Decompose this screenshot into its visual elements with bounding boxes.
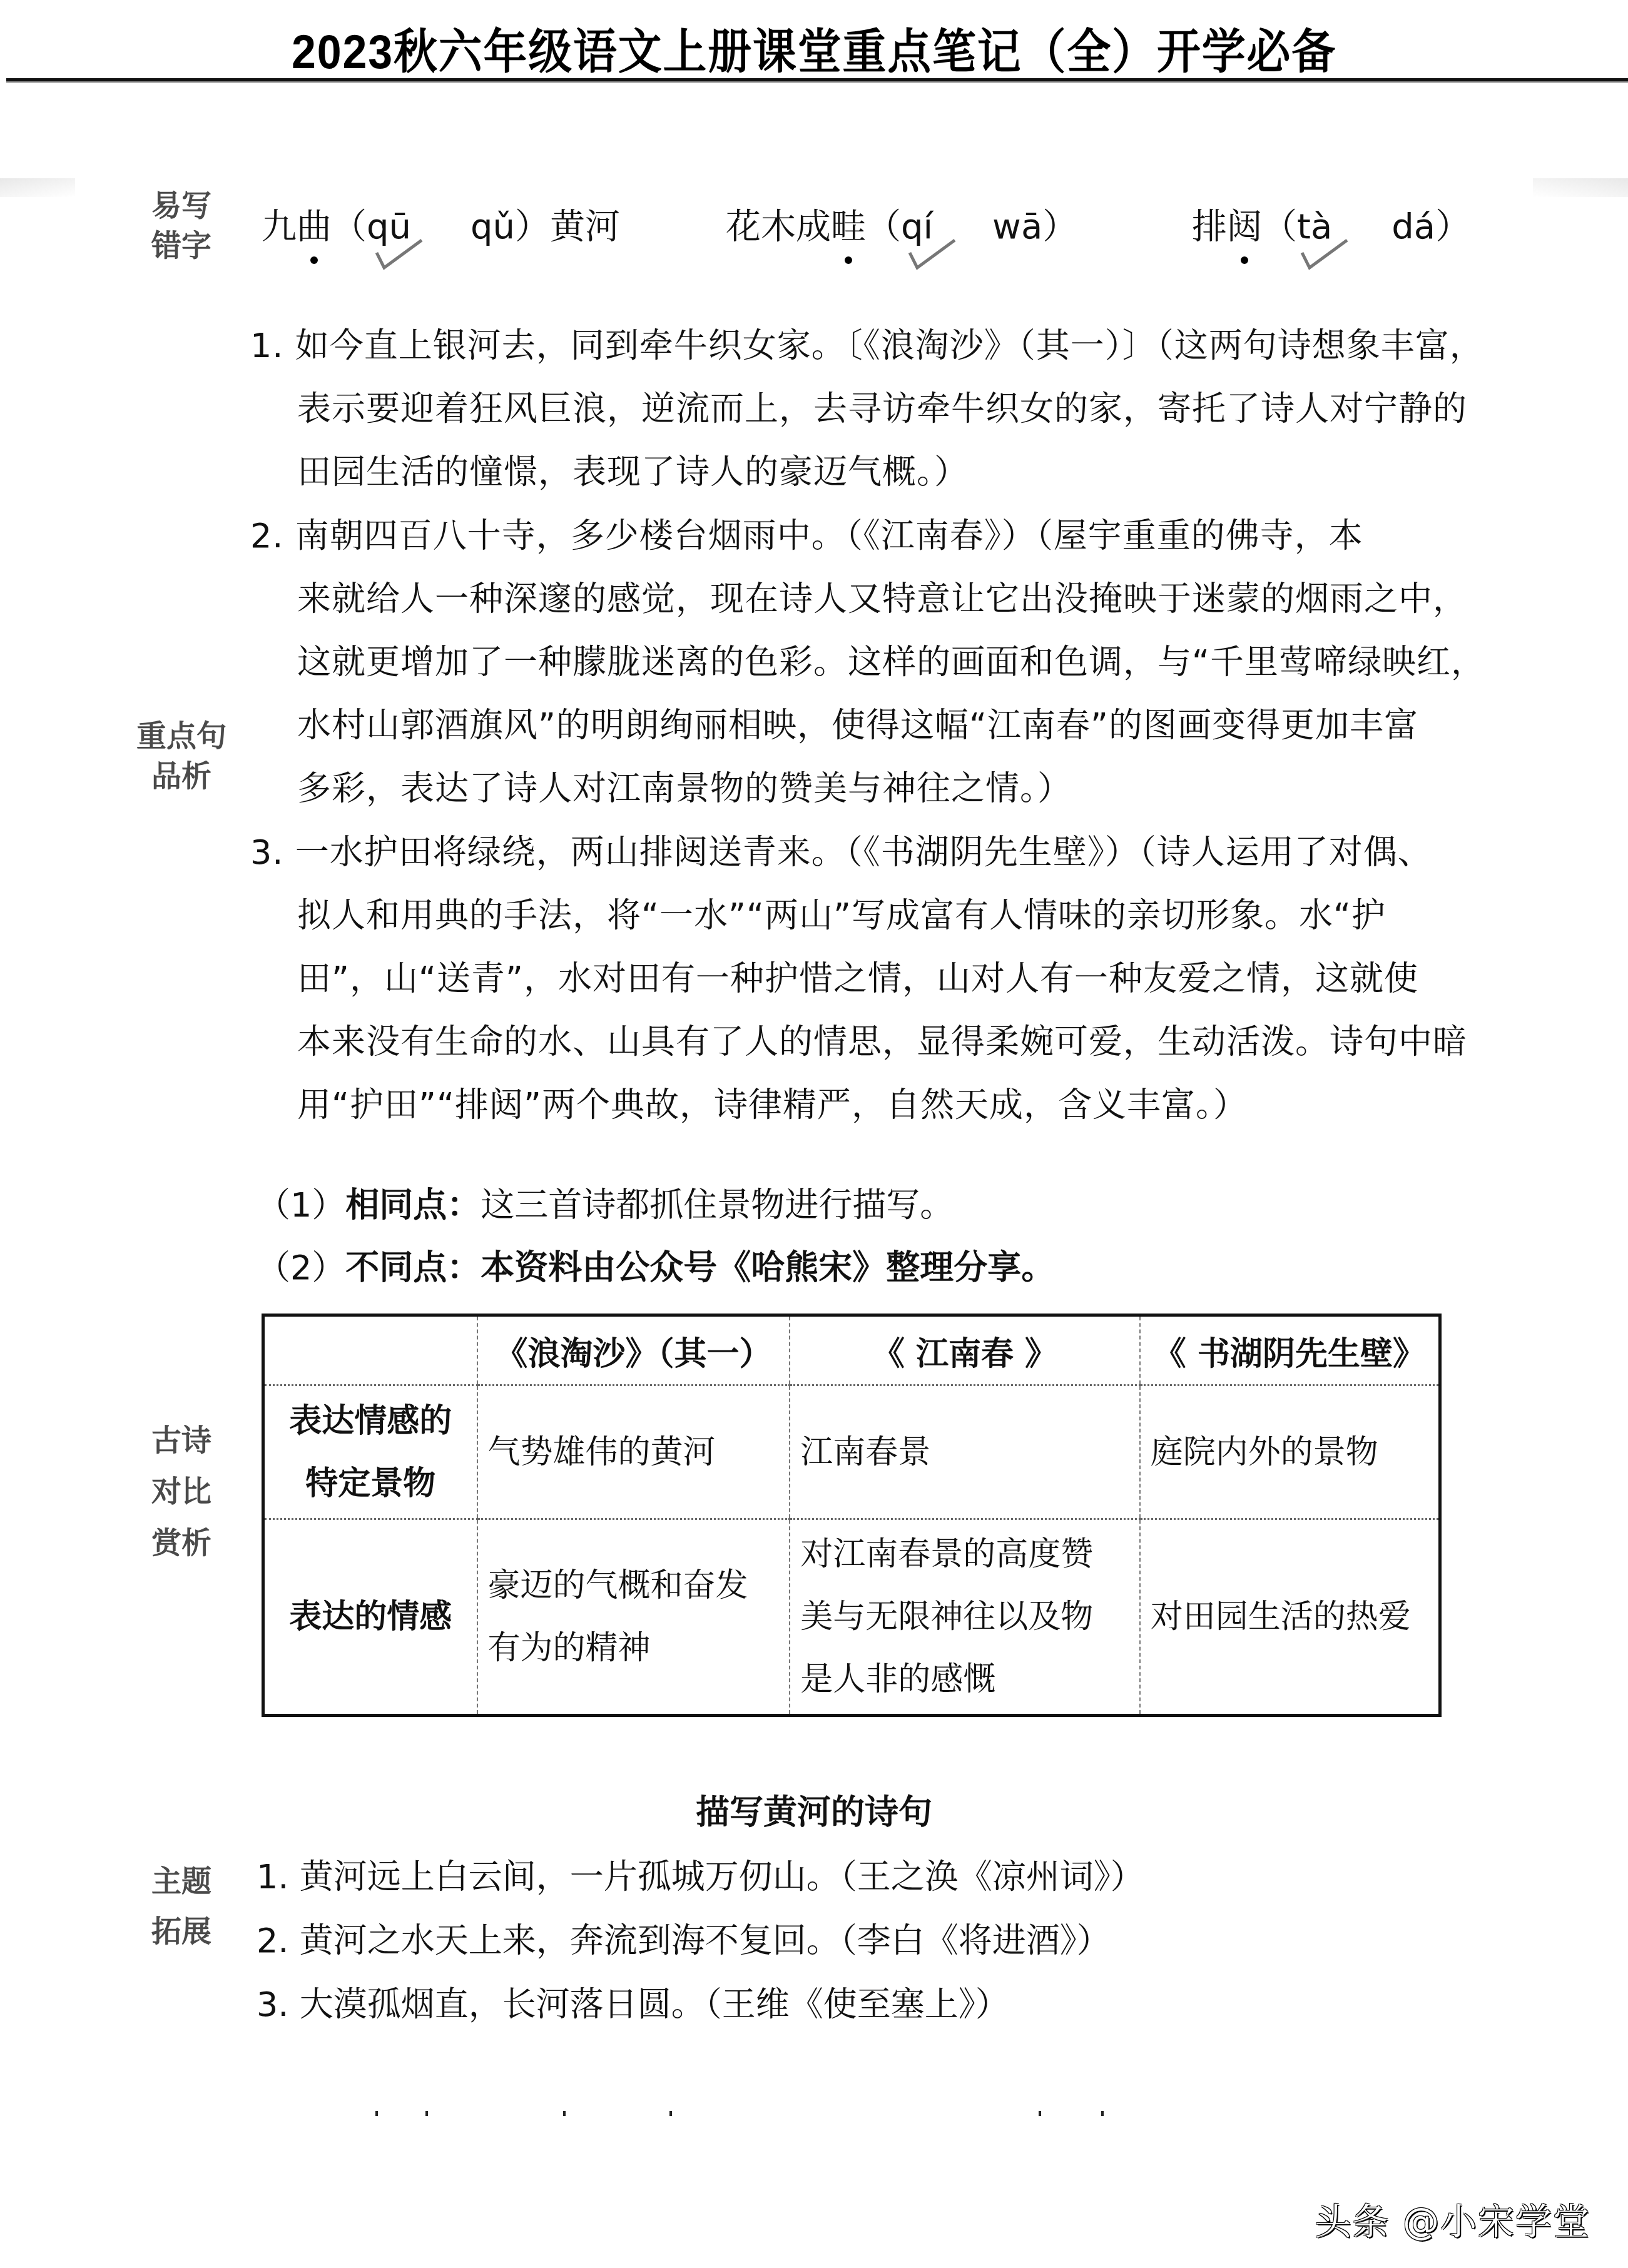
label-line: 主题	[119, 1856, 244, 1906]
page-title: 2023秋六年级语文上册课堂重点笔记（全）开学必备	[65, 14, 1563, 82]
cell-line: 对江南春景的高度赞	[800, 1523, 1129, 1586]
cell-line: 是人非的感慨	[800, 1648, 1129, 1711]
poem-line: 3. 大漠孤烟直，长河落日圆。（王维《使至塞上》）	[257, 1973, 1144, 2037]
sentence-2-line: 2. 南朝四百八十寺，多少楼台烟雨中。（《江南春》）（屋宇重重的佛寺，本	[250, 504, 1363, 567]
sentence-3-line: 拟人和用典的手法，将“一水”“两山”写成富有人情味的亲切形象。水“护	[297, 884, 1386, 947]
pinyin-item: 排闼（tàdá）	[1192, 199, 1470, 249]
table-cell: 对田园生活的热爱	[1140, 1519, 1440, 1716]
sentence-3-line: 用“护田”“排闼”两个典故，诗律精严，自然天成，含义丰富。）	[297, 1073, 1248, 1137]
dotted-char: 曲	[297, 206, 332, 247]
sentence-2-line: 水村山郭酒旗风”的明朗绚丽相映，使得这幅“江南春”的图画变得更加丰富	[297, 694, 1418, 757]
poem-comparison-table: 《浪淘沙》（其一） 《 江南春 》 《 书湖阴先生壁》 表达情感的 特定景物 气…	[262, 1314, 1442, 1717]
dotted-char: 畦	[831, 206, 866, 247]
title-divider	[6, 78, 1628, 81]
word-text: 排	[1192, 206, 1227, 247]
table-row: 表达情感的 特定景物 气势雄伟的黄河 江南春景 庭院内外的景物	[263, 1385, 1440, 1519]
sentence-3-line: 3. 一水护田将绿绕，两山排闼送青来。（《书湖阴先生壁》）（诗人运用了对偶、	[250, 821, 1432, 884]
label-line: 古诗	[119, 1415, 244, 1466]
word-text: 花木成	[726, 206, 831, 247]
pinyin-option: dá	[1391, 206, 1435, 247]
point-label: 相同点：	[345, 1185, 481, 1225]
point-prefix: （1）	[257, 1185, 345, 1225]
pinyin-option: wā	[992, 206, 1042, 247]
pinyin-item: 九曲（qūqǔ）黄河	[262, 199, 620, 249]
sentence-3-line: 田”，山“送青”，水对田有一种护惜之情，山对人有一种友爱之情，这就使	[297, 947, 1418, 1010]
checkmark-icon	[374, 235, 424, 273]
table-cell: 江南春景	[790, 1385, 1139, 1519]
table-cell: 对江南春景的高度赞 美与无限神往以及物 是人非的感慨	[790, 1519, 1139, 1716]
label-line: 重点句	[119, 716, 244, 756]
sentence-1-line: 表示要迎着狂风巨浪，逆流而上，去寻访牵牛织女的家，寄托了诗人对宁静的	[297, 377, 1467, 440]
emphasis-dot-icon	[845, 256, 852, 264]
checkmark-icon	[1300, 235, 1350, 273]
cut-off-text-remnants	[375, 2111, 1251, 2117]
pinyin-item: 花木成畦（qíwā）	[726, 199, 1077, 249]
cell-line: 美与无限神往以及物	[800, 1586, 1129, 1648]
sentence-2-line: 这就更增加了一种朦胧迷离的色彩。这样的画面和色调，与“千里莺啼绿映红，	[297, 630, 1485, 694]
label-line: 拓展	[119, 1906, 244, 1957]
poem-line: 2. 黄河之水天上来，奔流到海不复回。（李白《将进酒》）	[257, 1909, 1144, 1973]
row-header: 表达的情感	[263, 1519, 477, 1716]
poem-line: 1. 黄河远上白云间，一片孤城万仞山。（王之涣《凉州词》）	[257, 1845, 1144, 1909]
label-line: 品析	[119, 756, 244, 796]
word-text: 黄河	[550, 206, 620, 247]
checkmark-icon	[907, 235, 957, 273]
cell-line: 豪迈的气概和奋发	[488, 1554, 780, 1617]
sentence-3-line: 本来没有生命的水、山具有了人的情思，显得柔婉可爱，生动活泼。诗句中暗	[297, 1010, 1467, 1073]
section-label-theme-ext: 主题 拓展	[119, 1856, 244, 1957]
comparison-point-different: （2）不同点：本资料由公众号《哈熊宋》整理分享。	[257, 1237, 1055, 1299]
dotted-char: 闼	[1227, 206, 1262, 247]
paren-close: ）	[1042, 206, 1077, 247]
table-cell: 庭院内外的景物	[1140, 1385, 1440, 1519]
row-header: 表达情感的 特定景物	[263, 1385, 477, 1519]
table-corner-cell	[263, 1315, 477, 1385]
sentence-2-line: 多彩，表达了诗人对江南景物的赞美与神往之情。）	[297, 757, 1072, 820]
column-header: 《 江南春 》	[790, 1315, 1139, 1385]
cell-line: 有为的精神	[488, 1617, 780, 1679]
theme-poem-list: 1. 黄河远上白云间，一片孤城万仞山。（王之涣《凉州词》） 2. 黄河之水天上来…	[257, 1845, 1144, 2037]
paren-open: （	[866, 206, 901, 247]
sentence-1-line: 田园生活的憧憬，表现了诗人的豪迈气概。）	[297, 440, 969, 504]
sentence-2-line: 来就给人一种深邃的感觉，现在诗人又特意让它出没掩映于迷蒙的烟雨之中，	[297, 567, 1467, 630]
table-row: 表达的情感 豪迈的气概和奋发 有为的精神 对江南春景的高度赞 美与无限神往以及物…	[263, 1519, 1440, 1716]
column-header: 《浪淘沙》（其一）	[477, 1315, 790, 1385]
sentence-1-line: 1. 如今直上银河去，同到牵牛织女家。〔《浪淘沙》（其一）〕（这两句诗想象丰富，	[250, 314, 1484, 377]
paren-open: （	[332, 206, 367, 247]
row-header-line: 特定景物	[275, 1452, 467, 1515]
section-label-poem-compare: 古诗 对比 赏析	[119, 1415, 244, 1569]
page-fold-shadow-left	[0, 178, 75, 197]
column-header: 《 书湖阴先生壁》	[1140, 1315, 1440, 1385]
label-line: 对比	[119, 1466, 244, 1517]
row-header-line: 表达情感的	[275, 1390, 467, 1452]
pinyin-row: 九曲（qūqǔ）黄河 花木成畦（qíwā） 排闼（tàdá）	[0, 199, 1628, 255]
paren-open: （	[1262, 206, 1297, 247]
emphasis-dot-icon	[310, 256, 318, 264]
page-fold-shadow-right	[1533, 178, 1628, 197]
watermark: 头条 @小宋学堂	[1315, 2192, 1590, 2245]
paren-close: ）	[515, 206, 550, 247]
comparison-point-similar: （1）相同点：这三首诗都抓住景物进行描写。	[257, 1174, 954, 1237]
emphasis-dot-icon	[1241, 256, 1248, 264]
label-line: 赏析	[119, 1517, 244, 1569]
point-label: 不同点：	[345, 1248, 481, 1287]
theme-heading: 描写黄河的诗句	[0, 1786, 1628, 1834]
pinyin-option: qǔ	[471, 206, 515, 247]
table-cell: 气势雄伟的黄河	[477, 1385, 790, 1519]
paren-close: ）	[1435, 206, 1470, 247]
word-text: 九	[262, 206, 297, 247]
table-cell: 豪迈的气概和奋发 有为的精神	[477, 1519, 790, 1716]
table-header-row: 《浪淘沙》（其一） 《 江南春 》 《 书湖阴先生壁》	[263, 1315, 1440, 1385]
point-prefix: （2）	[257, 1248, 345, 1287]
point-text: 这三首诗都抓住景物进行描写。	[481, 1185, 954, 1225]
section-label-key-sentences: 重点句 品析	[119, 716, 244, 796]
point-text: 本资料由公众号《哈熊宋》整理分享。	[481, 1248, 1055, 1287]
